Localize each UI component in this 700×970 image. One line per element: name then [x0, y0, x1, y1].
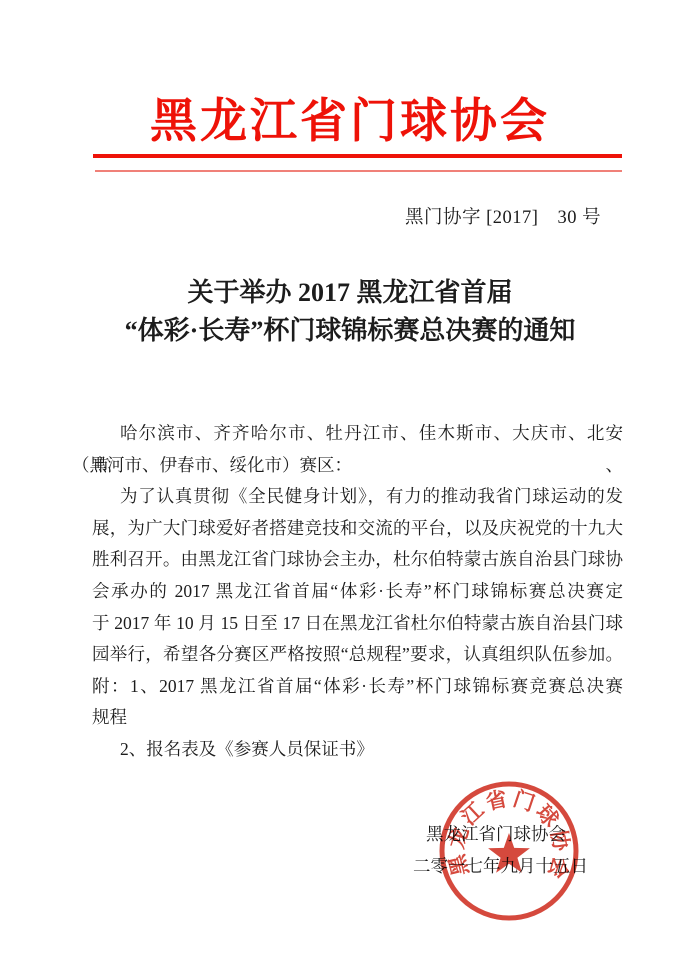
official-seal: 黑龙江省门球协会	[436, 778, 582, 924]
body-line: 于 2017 年 10 月 15 日至 17 日在黑龙江省杜尔伯特蒙古族自治县门…	[92, 608, 623, 640]
doc-title: 关于举办 2017 黑龙江省首届 “体彩·长寿”杯门球锦标赛总决赛的通知	[82, 274, 618, 350]
body-text: 哈尔滨市、齐齐哈尔市、牡丹江市、佳木斯市、大庆市、北安市、 （黑河市、伊春市、绥…	[92, 418, 623, 766]
letterhead-rule-thick	[93, 154, 622, 158]
star-icon	[488, 833, 530, 873]
body-line: 哈尔滨市、齐齐哈尔市、牡丹江市、佳木斯市、大庆市、北安市、	[92, 418, 623, 450]
body-line: 园举行，希望各分赛区严格按照“总规程”要求，认真组织队伍参加。	[92, 639, 623, 671]
body-line: 为了认真贯彻《全民健身计划》，有力的推动我省门球运动的发	[92, 481, 623, 513]
letterhead-rule-thin	[95, 170, 622, 172]
body-line: 附：1、2017 黑龙江省首届“体彩·长寿”杯门球锦标赛竞赛总决赛	[92, 671, 623, 703]
doc-number: 黑门协字 [2017] 30 号	[405, 203, 601, 229]
doc-title-line2: “体彩·长寿”杯门球锦标赛总决赛的通知	[82, 312, 618, 350]
body-line: 胜利召开。由黑龙江省门球协会主办，杜尔伯特蒙古族自治县门球协	[92, 544, 623, 576]
body-line: 展，为广大门球爱好者搭建竞技和交流的平台，以及庆祝党的十九大	[92, 513, 623, 545]
body-line: 2、报名表及《参赛人员保证书》	[92, 734, 623, 766]
letterhead-org-name: 黑龙江省门球协会	[5, 95, 695, 149]
body-line: 会承办的 2017 黑龙江省首届“体彩·长寿”杯门球锦标赛总决赛定	[92, 576, 623, 608]
doc-title-line1: 关于举办 2017 黑龙江省首届	[82, 274, 618, 312]
body-line: 规程	[92, 702, 623, 734]
